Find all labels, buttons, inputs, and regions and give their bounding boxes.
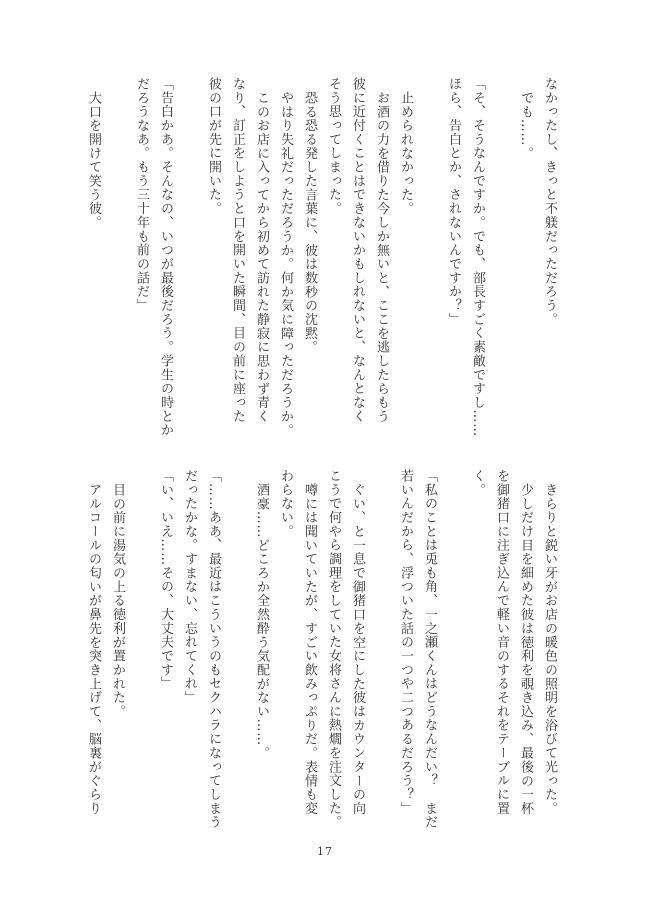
text-line: でも……。 (513, 77, 537, 455)
text-block-top: なかったし、きっと不躾だっただろう。 でも……。 「そ、そうなんですか。でも、部… (81, 77, 561, 455)
text-line: 酒豪……どころか全然酔う気配がない……。 (249, 469, 273, 847)
text-line: 大口を開けて笑う彼。 (81, 77, 105, 455)
text-line: お酒の力を借りた今しか無いと、ここを逃したらもう (369, 77, 393, 455)
text-line: こうで何やら調理をしていた女将さんに熱燗を注文した。 (321, 469, 345, 847)
page-number: 17 (0, 845, 650, 858)
text-line: アルコールの匂いが鼻先を突き上げて、脳裏がぐらり (81, 469, 105, 847)
text-line: やはり失礼だっただろうか。何か気に障っただろうか。 (273, 77, 297, 455)
text-line: 「……ああ、最近はこういうのもセクハラになってしまう (201, 469, 225, 847)
text-line: 止められなかった。 (393, 77, 417, 455)
novel-page: なかったし、きっと不躾だっただろう。 でも……。 「そ、そうなんですか。でも、部… (0, 0, 650, 912)
text-line: なり、訂正をしようと口を開いた瞬間、目の前に座った (225, 77, 249, 455)
text-line: 若いんだから、浮ついた話の一つや二つあるだろう？」 (393, 469, 417, 847)
text-block-bottom: きらりと鋭い牙がお店の暖色の照明を浴びて光った。 少しだけ目を細めた彼は徳利を覗… (81, 469, 561, 847)
text-line: 目の前に湯気の上る徳利が置かれた。 (105, 469, 129, 847)
text-line: 「私のことは兎も角、一之瀬くんはどうなんだい？ まだ (417, 469, 441, 847)
text-line: 噂には聞いていたが、すごい飲みっぷりだ。表情も変 (297, 469, 321, 847)
text-line: なかったし、きっと不躾だっただろう。 (537, 77, 561, 455)
text-line: 「そ、そうなんですか。でも、部長すごく素敵ですし…… (465, 77, 489, 455)
text-line: このお店に入ってから初めて訪れた静寂に思わず青く (249, 77, 273, 455)
text-line: を御猪口に注ぎ込んで軽い音のするそれをテーブルに置 (489, 469, 513, 847)
text-line: だったかな。すまない、忘れてくれ」 (177, 469, 201, 847)
text-line: だろうなあ。もう三十年も前の話だ」 (129, 77, 153, 455)
text-line: きらりと鋭い牙がお店の暖色の照明を浴びて光った。 (537, 469, 561, 847)
text-line: 少しだけ目を細めた彼は徳利を覗き込み、最後の一杯 (513, 469, 537, 847)
text-line: 恐る恐る発した言葉に、彼は数秒の沈黙。 (297, 77, 321, 455)
text-line: わらない。 (273, 469, 297, 847)
text-line: 彼に近付くことはできないかもしれないと、なんとなく (345, 77, 369, 455)
text-line: ぐい、と一息で御猪口を空にした彼はカウンターの向 (345, 469, 369, 847)
text-line: 「い、いえ……その、大丈夫です」 (153, 469, 177, 847)
text-line: 「告白かあ。そんなの、いつが最後だろう。学生の時とか (153, 77, 177, 455)
text-line: ほら、告白とか、されないんですか？」 (441, 77, 465, 455)
text-line: 彼の口が先に開いた。 (201, 77, 225, 455)
text-line: く。 (465, 469, 489, 847)
text-line: そう思ってしまった。 (321, 77, 345, 455)
